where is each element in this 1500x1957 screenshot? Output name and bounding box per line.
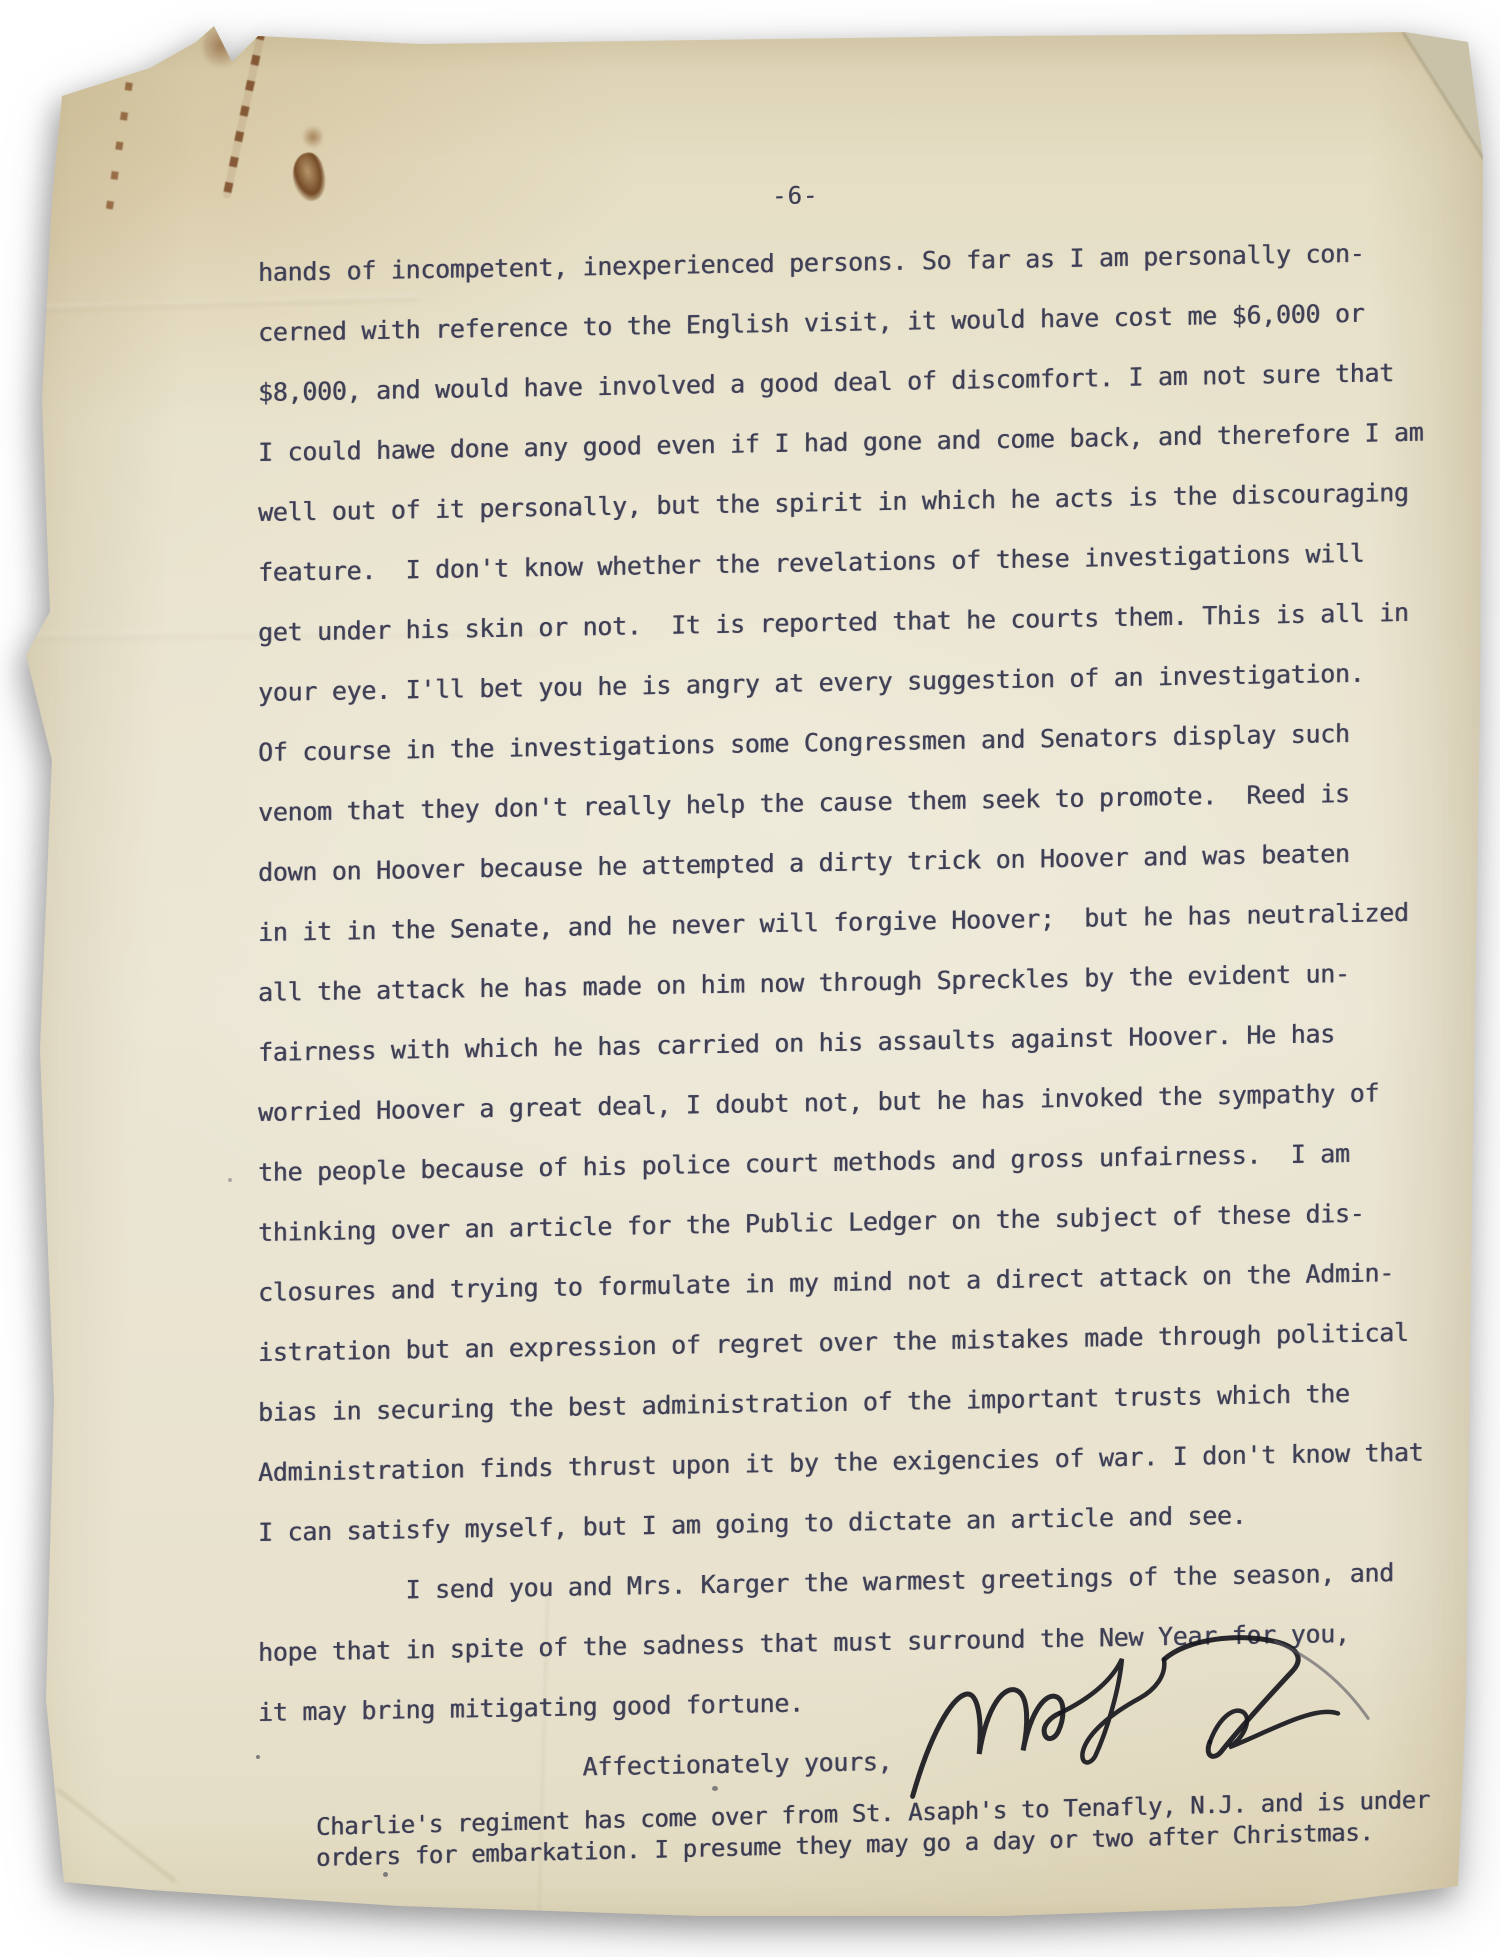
rust-streak-left: [106, 52, 138, 211]
signature-name: Wm H Taft: [0, 0, 1, 1]
letter-body: hands of incompetent, inexperienced pers…: [258, 223, 1423, 1803]
corner-crease-bottom-left: [56, 1788, 176, 1883]
stain-blob-small: [303, 124, 323, 150]
page-number: -6-: [772, 175, 818, 216]
letter-text-layer: -6- hands of incompetent, inexperienced …: [258, 223, 1423, 1803]
torn-edge-stain: [203, 20, 239, 72]
rust-streak-right: [222, 29, 266, 199]
ink-speck: [228, 1178, 232, 1182]
letter-paper-shadow: -6- hands of incompetent, inexperienced …: [0, 0, 1500, 1957]
scanned-letter-background: -6- hands of incompetent, inexperienced …: [0, 0, 1500, 1957]
ink-speck: [383, 1872, 388, 1877]
stain-blob-large: [288, 150, 331, 204]
signature-handwritten: [897, 1621, 1403, 1813]
letter-paper: -6- hands of incompetent, inexperienced …: [0, 0, 1500, 1957]
